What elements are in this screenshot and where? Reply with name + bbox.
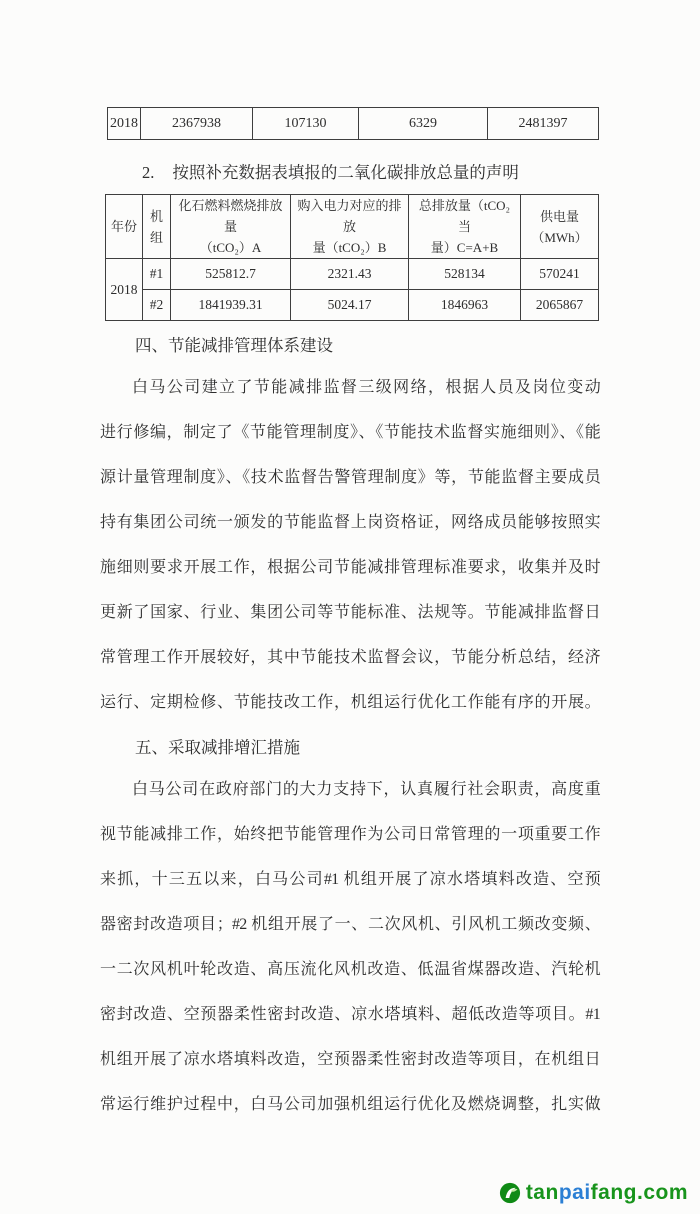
section-2-heading: 2.按照补充数据表填报的二氧化碳排放总量的声明 [100,161,600,185]
table-header-row: 年份 机 组 化石燃料燃烧排放量 （tCO₂）A 购入电力对应的排放 量（tCO… [106,195,599,259]
cell-unit: #2 [143,290,171,321]
leaf-circle-icon [499,1182,521,1204]
cell-fossil: 525812.7 [171,259,291,290]
cell-year: 2018 [106,259,143,321]
cell-power: 2065867 [521,290,599,321]
cell-unit: #1 [143,259,171,290]
watermark-text: tanpaifang.com [526,1181,688,1205]
paragraph-line: 持有集团公司统一颁发的节能监督上岗资格证，网络成员能够按照实 [100,500,600,545]
paragraph-line: 白马公司在政府部门的大力支持下，认真履行社会职责，高度重 [100,767,600,812]
table-row: #2 1841939.31 5024.17 1846963 2065867 [106,290,599,321]
paragraph-1: 白马公司建立了节能减排监督三级网络，根据人员及岗位变动进行修编，制定了《节能管理… [100,365,600,725]
cell-purchased: 5024.17 [291,290,409,321]
tanpaifang-watermark: tanpaifang.com [499,1181,688,1205]
paragraph-line: 来抓，十三五以来，白马公司#1 机组开展了凉水塔填料改造、空预 [100,857,600,902]
paragraph-line: 运行、定期检修、节能技改工作，机组运行优化工作能有序的开展。 [100,680,600,725]
cell-total: 1846963 [409,290,521,321]
cell-total: 528134 [409,259,521,290]
section-2-title: 按照补充数据表填报的二氧化碳排放总量的声明 [172,163,519,182]
table-cell: 2367938 [141,108,253,140]
table-cell: 107130 [253,108,359,140]
paragraph-line: 施细则要求开展工作，根据公司节能减排管理标准要求，收集并及时 [100,545,600,590]
table-cell: 2481397 [488,108,599,140]
paragraph-line: 更新了国家、行业、集团公司等节能标准、法规等。节能减排监督日 [100,590,600,635]
paragraph-line: 进行修编，制定了《节能管理制度》、《节能技术监督实施细则》、《能 [100,410,600,455]
cell-fossil: 1841939.31 [171,290,291,321]
paragraph-line: 白马公司建立了节能减排监督三级网络，根据人员及岗位变动 [100,365,600,410]
watermark-seg-pai: pai [559,1181,591,1204]
paragraph-line: 常运行维护过程中，白马公司加强机组运行优化及燃烧调整，扎实做 [100,1082,600,1127]
paragraph-line: 密封改造、空预器柔性密封改造、凉水塔填料、超低改造等项目。#1 [100,992,600,1037]
co2-emission-table: 年份 机 组 化石燃料燃烧排放量 （tCO₂）A 购入电力对应的排放 量（tCO… [105,194,599,321]
paragraph-2: 白马公司在政府部门的大力支持下，认真履行社会职责，高度重视节能减排工作，始终把节… [100,767,600,1127]
watermark-seg-fang: fang.com [591,1181,688,1204]
section-4-heading: 四、节能减排管理体系建设 [100,333,600,359]
paragraph-line: 一二次风机叶轮改造、高压流化风机改造、低温省煤器改造、汽轮机 [100,947,600,992]
cell-power: 570241 [521,259,599,290]
watermark-seg-tan: tan [526,1181,559,1204]
header-power: 供电量 （MWh） [521,195,599,259]
document-page: 2018 2367938 107130 6329 2481397 2.按照补充数… [100,0,600,1127]
header-year: 年份 [106,195,143,259]
table-cell-year: 2018 [108,108,141,140]
header-purchased: 购入电力对应的排放 量（tCO₂）B [291,195,409,259]
header-fossil: 化石燃料燃烧排放量 （tCO₂）A [171,195,291,259]
paragraph-line: 器密封改造项目；#2 机组开展了一、二次风机、引风机工频改变频、 [100,902,600,947]
previous-page-table-tail: 2018 2367938 107130 6329 2481397 [107,107,599,140]
table-cell: 6329 [359,108,488,140]
paragraph-line: 常管理工作开展较好，其中节能技术监督会议，节能分析总结，经济 [100,635,600,680]
section-2-number: 2. [142,163,154,182]
paragraph-line: 视节能减排工作，始终把节能管理作为公司日常管理的一项重要工作 [100,812,600,857]
header-unit: 机 组 [143,195,171,259]
header-total: 总排放量（tCO₂ 当 量）C=A+B [409,195,521,259]
paragraph-line: 机组开展了凉水塔填料改造，空预器柔性密封改造等项目，在机组日 [100,1037,600,1082]
section-5-heading: 五、采取减排增汇措施 [100,735,600,761]
cell-purchased: 2321.43 [291,259,409,290]
table-row: 2018 2367938 107130 6329 2481397 [108,108,599,140]
table-row: 2018 #1 525812.7 2321.43 528134 570241 [106,259,599,290]
paragraph-line: 源计量管理制度》、《技术监督告警管理制度》等，节能监督主要成员 [100,455,600,500]
